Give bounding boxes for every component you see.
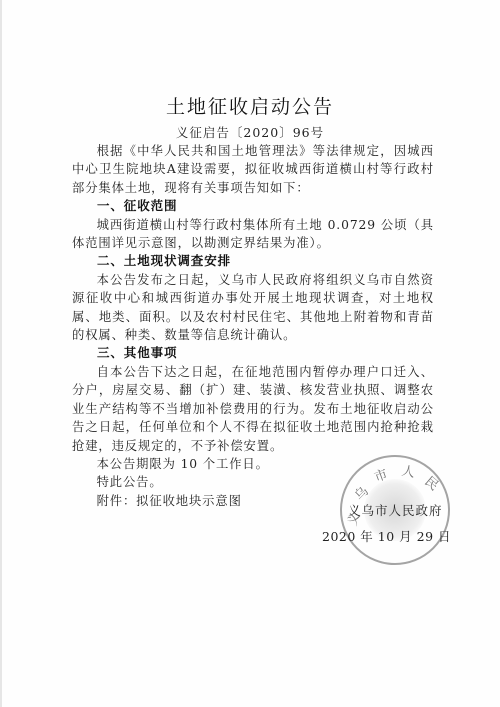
section-heading-other: 三、其他事项 [72, 344, 434, 362]
section-text-survey: 本公告发布之日起，义乌市人民政府将组织义乌市自然资源征收中心和城西街道办事处开展… [72, 271, 434, 345]
section-text-scope: 城西街道横山村等行政村集体所有土地 0.0729 公顷（具体范围详见示意图，以勘… [72, 216, 434, 253]
intro-paragraph: 根据《中华人民共和国土地管理法》等法律规定，因城西中心卫生院地块A建设需要，拟征… [72, 142, 434, 197]
section-text-other: 自本公告下达之日起，在征地范围内暂停办理户口迁入、分户，房屋交易、翻（扩）建、装… [72, 363, 434, 455]
section-heading-survey: 二、土地现状调查安排 [72, 252, 434, 270]
document-number: 义征启告〔2020〕96号 [0, 123, 500, 141]
document-page: 土地征收启动公告 义征启告〔2020〕96号 根据《中华人民共和国土地管理法》等… [0, 0, 500, 707]
signing-date: 2020 年 10 月 29 日 [322, 527, 451, 545]
signing-authority: 义乌市人民政府 [348, 501, 443, 519]
section-heading-scope: 一、征收范围 [72, 197, 434, 215]
document-title: 土地征收启动公告 [0, 92, 500, 119]
seal-char: 民 [421, 471, 443, 494]
document-body: 根据《中华人民共和国土地管理法》等法律规定，因城西中心卫生院地块A建设需要，拟征… [72, 142, 434, 510]
seal-char: 人 [400, 460, 416, 481]
